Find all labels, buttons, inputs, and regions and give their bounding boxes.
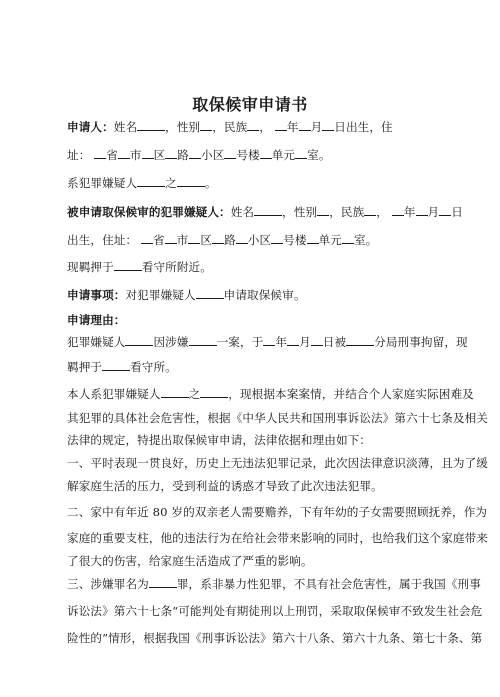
item1-line-2: 解家庭生活的压力，受到利益的诱惑才导致了此次违法犯罪。 <box>67 478 437 494</box>
blank-field[interactable] <box>141 233 153 244</box>
blank-field[interactable] <box>287 335 299 346</box>
matters-label: 申请事项： <box>67 288 125 302</box>
item1-line-1: 一、平时表现一贯良好，历史上无违法犯罪记录，此次因法律意识淡薄，且为了缓 <box>67 455 437 471</box>
blank-field[interactable] <box>254 205 282 216</box>
blank-field[interactable] <box>189 335 217 346</box>
blank-field[interactable] <box>118 148 130 159</box>
blank-field[interactable] <box>94 148 106 159</box>
para1-line-3: 法律的规定，特提出取保候审申请，法律依据和理由如下： <box>67 432 437 448</box>
blank-field[interactable] <box>149 577 177 588</box>
blank-field[interactable] <box>439 205 451 216</box>
blank-field[interactable] <box>295 148 307 159</box>
reasons-line-1: 犯罪嫌疑人因涉嫌一案，于年月日被分局刑事拘留，现 <box>67 334 437 350</box>
blank-field[interactable] <box>161 387 189 398</box>
blank-field[interactable] <box>299 120 311 131</box>
blank-field[interactable] <box>392 205 404 216</box>
blank-field[interactable] <box>142 148 154 159</box>
blank-field[interactable] <box>200 387 228 398</box>
blank-field[interactable] <box>224 148 236 159</box>
blank-field[interactable] <box>137 120 165 131</box>
blank-field[interactable] <box>188 233 200 244</box>
blank-field[interactable] <box>271 233 283 244</box>
blank-field[interactable] <box>212 233 224 244</box>
blank-field[interactable] <box>307 233 319 244</box>
blank-field[interactable] <box>263 335 275 346</box>
blank-field[interactable] <box>317 205 329 216</box>
item2-line-3: 了很大的伤害，给家庭生活造成了严重的影响。 <box>67 553 437 569</box>
item2-line-1: 二、家中有年近 80 岁的双亲老人需要赡养，下有年幼的子女需要照顾抚养，作为 <box>67 504 437 520</box>
blank-field[interactable] <box>200 120 212 131</box>
blank-field[interactable] <box>114 260 142 271</box>
document-title: 取保候审申请书 <box>0 92 500 115</box>
blank-field[interactable] <box>311 335 323 346</box>
blank-field[interactable] <box>137 176 165 187</box>
applicant-line-2: 址： 省市区路小区号楼单元室。 <box>67 147 437 163</box>
suspect-line-2: 出生，住址： 省市区路小区号楼单元室。 <box>67 232 437 248</box>
para1-line-2: 其犯罪的具体社会危害性，根据《中华人民共和国刑事诉讼法》第六十七条及相关 <box>67 410 437 426</box>
reasons-line-2: 羁押于看守所。 <box>67 359 437 375</box>
reasons-label: 申请理由： <box>67 313 125 327</box>
blank-field[interactable] <box>364 205 376 216</box>
blank-field[interactable] <box>342 233 354 244</box>
suspect-label: 被申请取保候审的犯罪嫌疑人： <box>67 205 231 219</box>
blank-field[interactable] <box>165 148 177 159</box>
item3-line-3: 险性的”情形，根据我国《刑事诉讼法》第六十八条、第六十九条、第七十条、第 <box>67 630 437 646</box>
blank-field[interactable] <box>260 148 272 159</box>
applicant-label: 申请人： <box>67 120 114 134</box>
blank-field[interactable] <box>177 176 205 187</box>
reasons-heading: 申请理由： <box>67 312 437 328</box>
blank-field[interactable] <box>275 120 287 131</box>
blank-field[interactable] <box>322 120 334 131</box>
blank-field[interactable] <box>102 360 130 371</box>
item3-line-2: 诉讼法》第六十七条“可能判处有期徒刑以上刑罚，采取取保候审不致发生社会危 <box>67 603 437 619</box>
blank-field[interactable] <box>236 233 248 244</box>
item2-line-2: 家庭的重要支柱，他的违法行为在给社会带来影响的同时，也给我们这个家庭带来 <box>67 530 437 546</box>
blank-field[interactable] <box>416 205 428 216</box>
blank-field[interactable] <box>196 288 224 299</box>
suspect-line-1: 被申请取保候审的犯罪嫌疑人：姓名，性别，民族， 年月日 <box>67 204 437 220</box>
matters-line: 申请事项：对犯罪嫌疑人申请取保候审。 <box>67 287 437 303</box>
blank-field[interactable] <box>125 335 153 346</box>
blank-field[interactable] <box>247 120 259 131</box>
applicant-line-1: 申请人：姓名，性别，民族， 年月日出生，住 <box>67 119 437 135</box>
applicant-line-3: 系犯罪嫌疑人之。 <box>67 175 437 191</box>
blank-field[interactable] <box>189 148 201 159</box>
para1-line-1: 本人系犯罪嫌疑人之，现根据本案案情，并结合个人家庭实际困难及 <box>67 386 437 402</box>
suspect-line-3: 现羁押于看守所附近。 <box>67 259 437 275</box>
blank-field[interactable] <box>346 335 374 346</box>
blank-field[interactable] <box>165 233 177 244</box>
item3-line-1: 三、涉嫌罪名为罪，系非暴力性犯罪，不具有社会危害性，属于我国《刑事 <box>67 576 437 592</box>
